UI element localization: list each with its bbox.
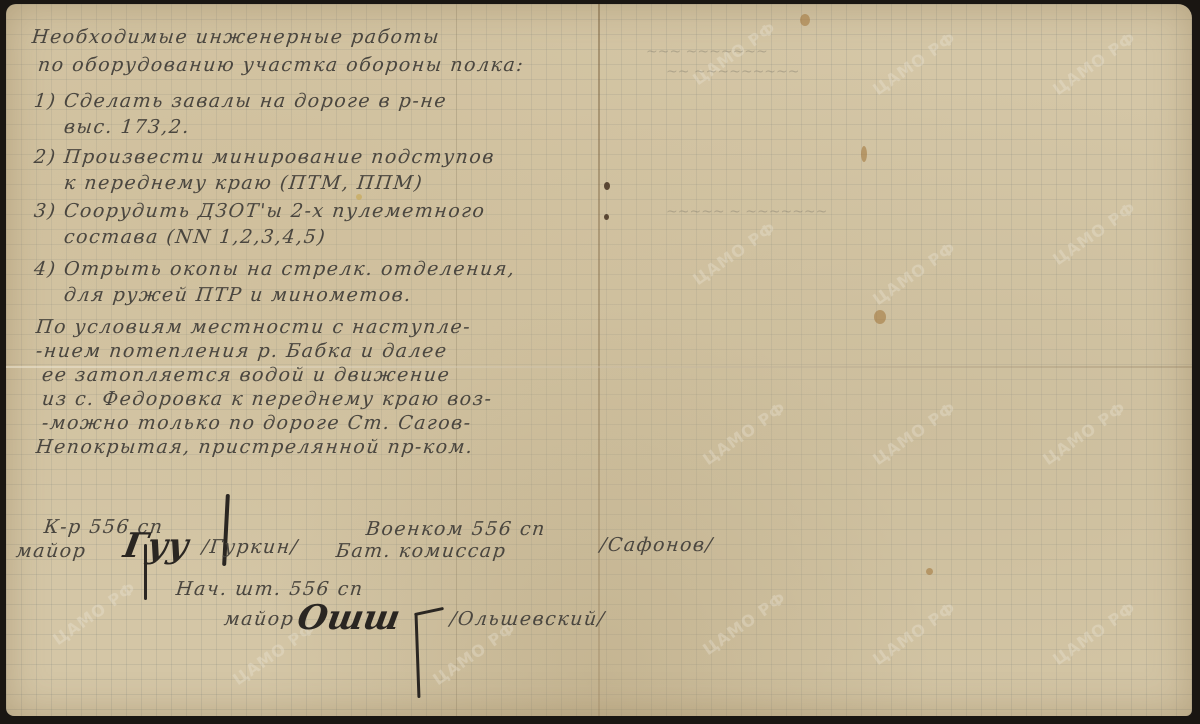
paragraph-line: По условиям местности с наступле- [35, 316, 472, 338]
item-3-line-2: состава (NN 1,2,3,4,5) [63, 226, 328, 248]
watermark: ЦАМО РФ [869, 238, 959, 309]
stain-spot [874, 310, 886, 324]
signature-stroke [144, 544, 147, 600]
paragraph-line: -нием потепления р. Бабка и далее [35, 340, 449, 362]
commissar-title-2: Бат. комиссар [335, 540, 508, 562]
stain-spot [604, 182, 610, 190]
stain-spot [604, 214, 609, 220]
paragraph-line: Непокрытая, пристрелянной пр-ком. [35, 436, 475, 458]
commissar-name: /Сафонов/ [599, 534, 715, 556]
item-2-line-1: Произвести минирование подступов [63, 146, 496, 168]
commander-name: /Гуркин/ [201, 536, 300, 558]
signature-stroke [414, 607, 444, 616]
heading-line-1: Необходимые инженерные работы [31, 26, 441, 48]
item-number: 4) [33, 258, 58, 280]
bleed-through-text: ~~ ~~~~~~~~~ [666, 64, 800, 80]
item-4-line-1: Отрыть окопы на стрелк. отделения, [63, 258, 517, 280]
paragraph-line: из с. Федоровка к переднему краю воз- [41, 388, 494, 410]
watermark: ЦАМО РФ [689, 218, 779, 289]
item-number: 2) [33, 146, 58, 168]
chief-of-staff-signature: Ошш [294, 598, 403, 638]
watermark: ЦАМО РФ [869, 598, 959, 669]
paragraph-line: -можно только по дороге Ст. Сагов- [41, 412, 473, 434]
item-number: 3) [33, 200, 58, 222]
item-3-line-1: Соорудить ДЗОТ'ы 2-х пулеметного [63, 200, 487, 222]
watermark: ЦАМО РФ [869, 28, 959, 99]
heading-line-2: по оборудованию участка обороны полка: [37, 54, 526, 76]
document-sheet: ЦАМО РФ ЦАМО РФ ЦАМО РФ ЦАМО РФ ЦАМО РФ … [6, 4, 1192, 716]
stain-spot [861, 146, 867, 162]
chief-of-staff-rank: майор [223, 608, 296, 630]
watermark: ЦАМО РФ [699, 588, 789, 659]
paragraph-line: ее затопляется водой и движение [41, 364, 452, 386]
commander-rank: майор [15, 540, 88, 562]
item-1-line-2: выс. 173,2. [63, 116, 191, 138]
signature-stroke [415, 614, 421, 698]
watermark: ЦАМО РФ [1049, 28, 1139, 99]
watermark: ЦАМО РФ [1049, 598, 1139, 669]
chief-of-staff-title: Нач. шт. 556 сп [175, 578, 365, 600]
watermark: ЦАМО РФ [1049, 198, 1139, 269]
watermark: ЦАМО РФ [49, 578, 139, 649]
commissar-title: Военком 556 сп [365, 518, 547, 540]
item-4-line-2: для ружей ПТР и минометов. [63, 284, 413, 306]
item-number: 1) [33, 90, 58, 112]
bleed-through-text: ~~~ ~~~~~~~ [646, 44, 768, 60]
item-1-line-1: Сделать завалы на дороге в р-не [63, 90, 448, 112]
stain-spot [800, 14, 810, 26]
stain-spot [926, 568, 933, 575]
watermark: ЦАМО РФ [1039, 398, 1129, 469]
bleed-through-text: ~~~~~ ~ ~~~~~~~ [666, 204, 827, 220]
watermark: ЦАМО РФ [699, 398, 789, 469]
watermark: ЦАМО РФ [869, 398, 959, 469]
commander-signature: Гуу [120, 526, 191, 566]
item-2-line-2: к переднему краю (ПТМ, ППМ) [63, 172, 424, 194]
chief-of-staff-name: /Ольшевский/ [449, 608, 607, 630]
